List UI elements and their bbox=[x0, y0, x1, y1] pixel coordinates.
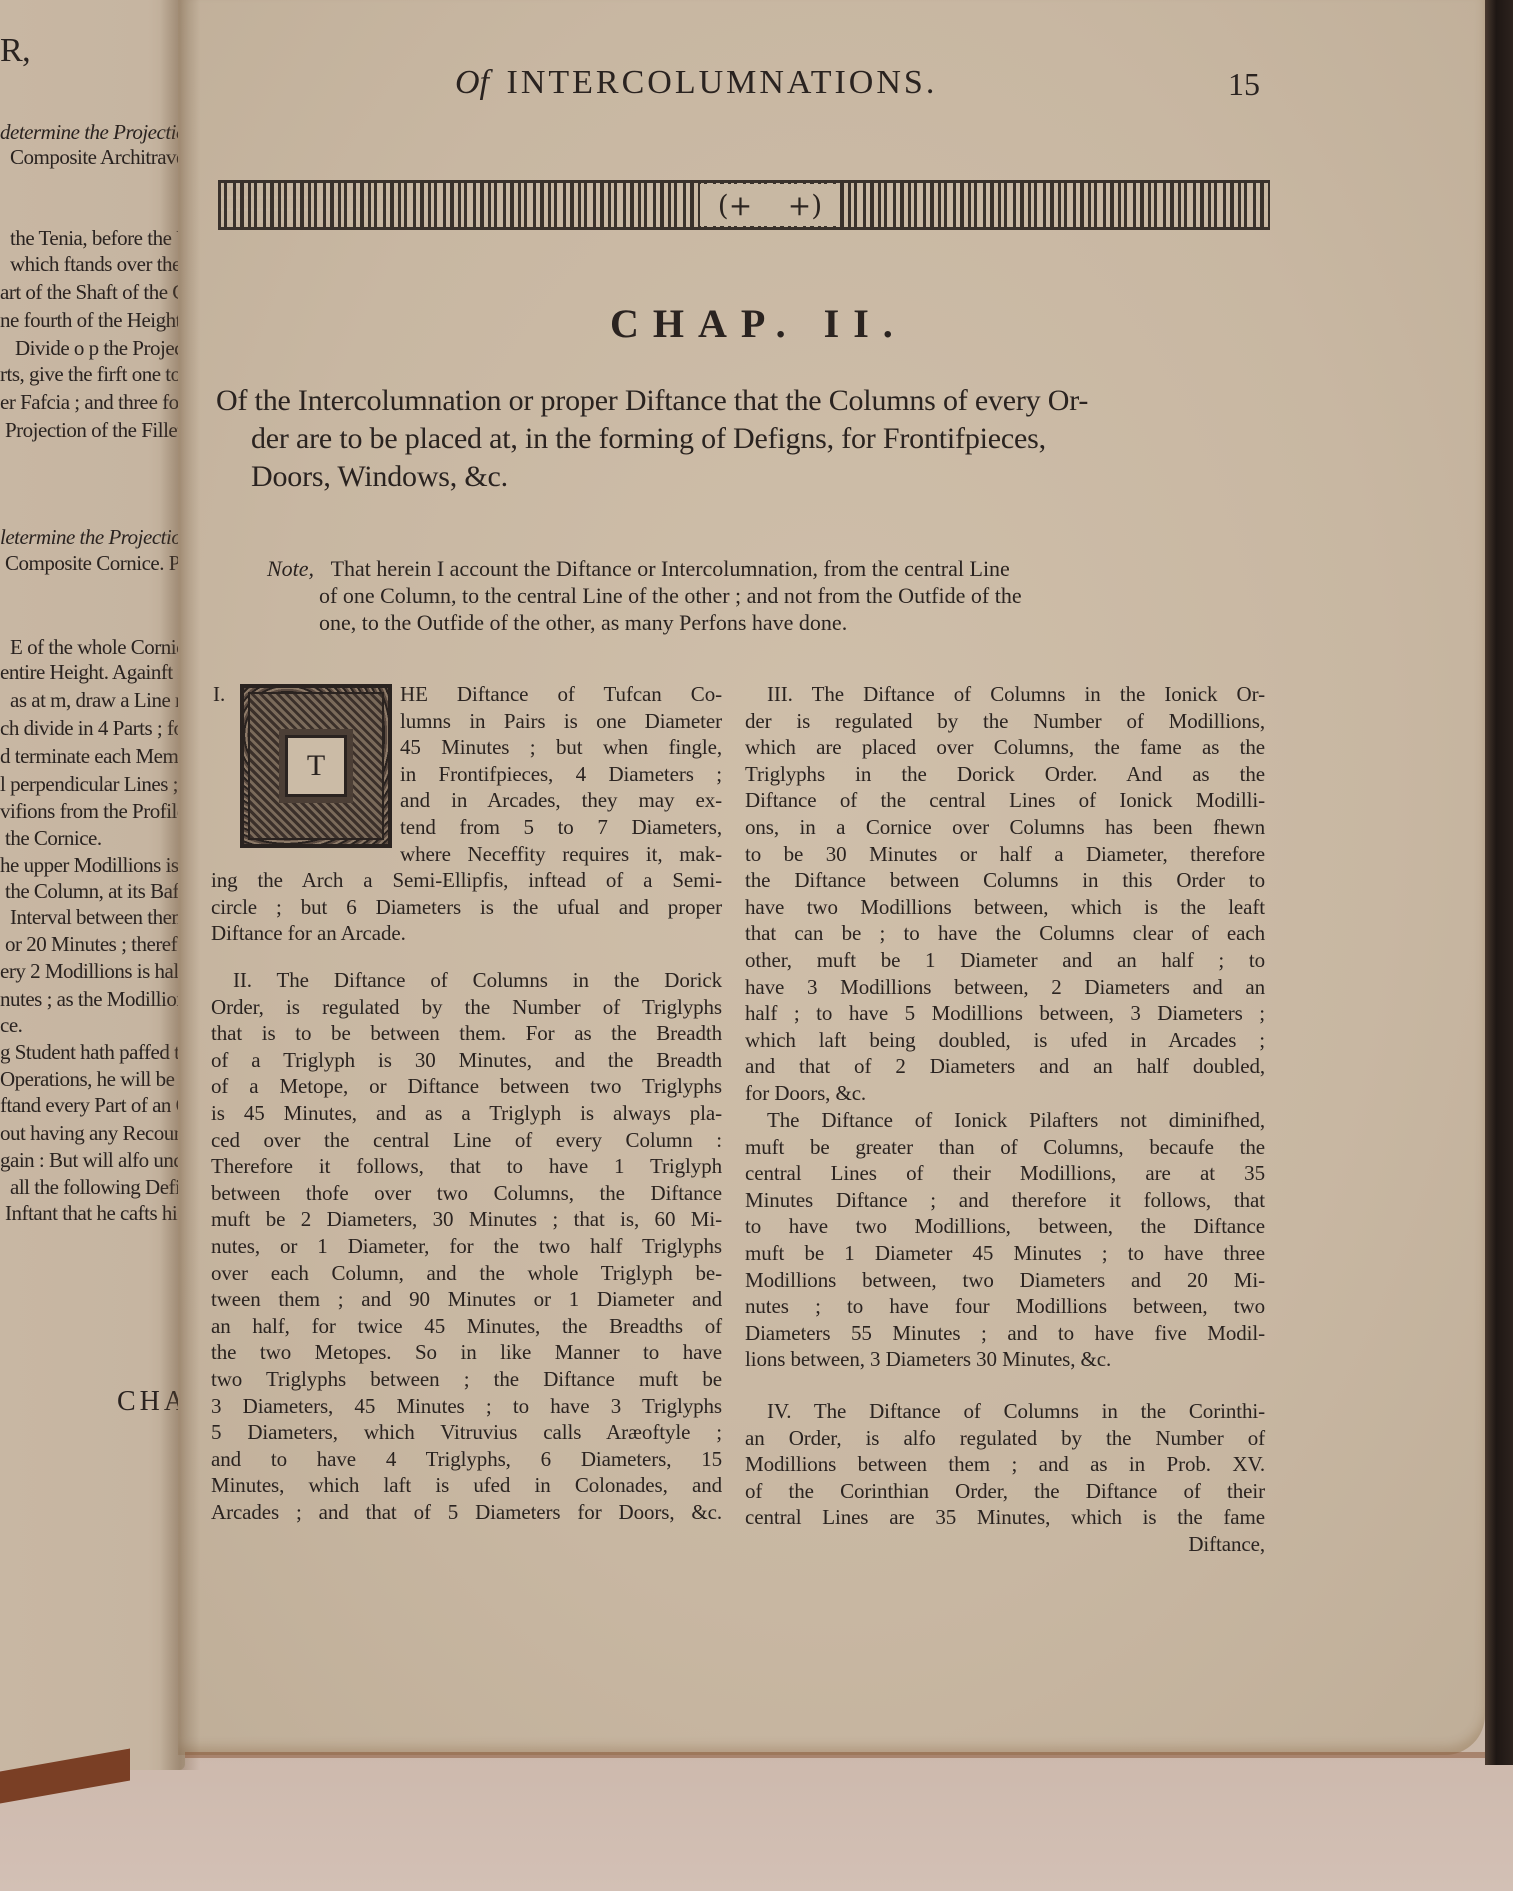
text-line: to be 30 Minutes or half a Diameter, the… bbox=[745, 841, 1265, 868]
note-line: That herein I account the Diftance or In… bbox=[331, 556, 1010, 581]
left-page-line: g Student hath paffed throu bbox=[0, 1042, 185, 1063]
text-line: an half, for twice 45 Minutes, the Bread… bbox=[211, 1313, 722, 1340]
text-line: Diameters 55 Minutes ; and to have five … bbox=[745, 1320, 1265, 1347]
left-page: R, CHAP determine the Projections ofComp… bbox=[0, 0, 185, 1770]
subtitle-line: Doors, Windows, &c. bbox=[216, 458, 1271, 496]
left-page-line: Interval between them be bbox=[10, 907, 185, 928]
text-line: an Order, is alfo regulated by the Numbe… bbox=[745, 1425, 1265, 1452]
text-line: III. The Diftance of Columns in the Ioni… bbox=[745, 681, 1265, 708]
running-head: Of INTERCOLUMNATIONS. bbox=[455, 64, 937, 102]
ornament-center: (+ +) bbox=[700, 184, 840, 226]
left-page-line: er Fafcia ; and three fourths bbox=[0, 392, 185, 413]
text-line: The Diftance of Ionick Pilafters not dim… bbox=[745, 1107, 1265, 1134]
left-page-line: ne fourth of the Height of bbox=[0, 310, 185, 331]
left-page-line: which ftands over the Up bbox=[10, 254, 185, 275]
subtitle-line: Of the Intercolumnation or proper Diftan… bbox=[216, 382, 1271, 420]
text-line: of a Triglyph is 30 Minutes, and the Bre… bbox=[211, 1047, 722, 1074]
page-number: 15 bbox=[1228, 66, 1260, 103]
column-right-para-3: III. The Diftance of Columns in the Ioni… bbox=[745, 681, 1265, 1107]
text-line: have two Modillions between, which is th… bbox=[745, 894, 1265, 921]
left-page-line: l perpendicular Lines ; whi bbox=[0, 774, 185, 795]
left-page-line: the Column, at its Bafe or t bbox=[5, 881, 185, 902]
text-line: which are placed over Columns, the fame … bbox=[745, 734, 1265, 761]
left-running-head-fragment: R, bbox=[0, 34, 30, 68]
text-line: between thofe over two Columns, the Dift… bbox=[211, 1180, 722, 1207]
text-line: central Lines are 35 Minutes, which is t… bbox=[745, 1504, 1265, 1531]
left-page-line: the Tenia, before the Up bbox=[10, 228, 185, 249]
text-line: which laft being doubled, is ufed in Arc… bbox=[745, 1027, 1265, 1054]
text-line: ced over the central Line of every Colum… bbox=[211, 1127, 722, 1154]
text-line: in Frontifpieces, 4 Diameters ; bbox=[400, 761, 722, 788]
text-line: and in Arcades, they may ex- bbox=[400, 787, 722, 814]
left-page-line: Inftant that he cafts his Eye o bbox=[5, 1203, 185, 1224]
left-page-line: Composite Cornice. Pla bbox=[5, 553, 185, 574]
text-line: Therefore it follows, that to have 1 Tri… bbox=[211, 1153, 722, 1180]
column-left-para-1-wrap: HE Diftance of Tufcan Co-lumns in Pairs … bbox=[400, 681, 722, 867]
text-line: muft be greater than of Columns, becaufe… bbox=[745, 1134, 1265, 1161]
left-page-line: vifions from the Profile to th bbox=[0, 801, 185, 822]
text-line: 3 Diameters, 45 Minutes ; to have 3 Trig… bbox=[211, 1393, 722, 1420]
text-line: 5 Diameters, which Vitruvius calls Aræof… bbox=[211, 1419, 722, 1446]
text-line: Arcades ; and that of 5 Diameters for Do… bbox=[211, 1499, 722, 1526]
text-line: II. The Diftance of Columns in the Doric… bbox=[211, 967, 722, 994]
note-label: Note, bbox=[267, 556, 314, 581]
text-line: over each Column, and the whole Triglyph… bbox=[211, 1260, 722, 1287]
text-line: have 3 Modillions between, 2 Diameters a… bbox=[745, 974, 1265, 1001]
text-line: other, muft be 1 Diameter and an half ; … bbox=[745, 947, 1265, 974]
section-numeral-I: I. bbox=[213, 682, 225, 707]
text-line: the Diftance between Columns in this Ord… bbox=[745, 867, 1265, 894]
table-surface bbox=[0, 1755, 1513, 1891]
text-line: circle ; but 6 Diameters is the ufual an… bbox=[211, 894, 722, 921]
left-page-line: or 20 Minutes ; therefore th bbox=[5, 934, 185, 955]
left-page-line: art of the Shaft of the Co bbox=[0, 282, 185, 303]
text-line: and that of 2 Diameters and an half doub… bbox=[745, 1053, 1265, 1080]
ornament-glyph-right: +) bbox=[788, 189, 822, 222]
initial-border-ornament: T bbox=[248, 692, 384, 840]
text-line: Order, is regulated by the Number of Tri… bbox=[211, 994, 722, 1021]
column-right-para-5: IV. The Diftance of Columns in the Corin… bbox=[745, 1398, 1265, 1531]
text-line: muft be 2 Diameters, 30 Minutes ; that i… bbox=[211, 1206, 722, 1233]
running-head-prefix: Of bbox=[455, 64, 489, 101]
column-left-para-2: II. The Diftance of Columns in the Doric… bbox=[211, 967, 722, 1525]
text-line: nutes, or 1 Diameter, for the two half T… bbox=[211, 1233, 722, 1260]
chapter-subtitle: Of the Intercolumnation or proper Diftan… bbox=[216, 382, 1271, 496]
text-line: Modillions between, two Diameters and 20… bbox=[745, 1267, 1265, 1294]
text-line: nutes ; to have four Modillions between,… bbox=[745, 1293, 1265, 1320]
left-page-line: gain : But will alfo underftan bbox=[0, 1150, 185, 1171]
text-line: that is to be between them. For as the B… bbox=[211, 1020, 722, 1047]
text-line: der is regulated by the Number of Modill… bbox=[745, 708, 1265, 735]
left-page-line: entire Height. Againft m bbox=[0, 662, 185, 683]
left-page-line: as at m, draw a Line m bbox=[10, 690, 185, 711]
text-line: that can be ; to have the Columns clear … bbox=[745, 920, 1265, 947]
text-line: Modillions between them ; and as in Prob… bbox=[745, 1451, 1265, 1478]
text-line: where Neceffity requires it, mak- bbox=[400, 841, 722, 868]
text-line: two Triglyphs between ; the Diftance muf… bbox=[211, 1366, 722, 1393]
text-line: HE Diftance of Tufcan Co- bbox=[400, 681, 722, 708]
left-page-line: all the following Defigns i bbox=[10, 1177, 185, 1198]
text-line: tween them ; and 90 Minutes or 1 Diamete… bbox=[211, 1286, 722, 1313]
catchword-container: Diftance, bbox=[745, 1531, 1265, 1558]
text-line: ons, in a Cornice over Columns has been … bbox=[745, 814, 1265, 841]
text-line: Diftance for an Arcade. bbox=[211, 920, 722, 947]
chapter-title: CHAP. II. bbox=[610, 300, 907, 347]
text-line: of the Corinthian Order, the Diftance of… bbox=[745, 1478, 1265, 1505]
left-page-line: d terminate each Member, i bbox=[0, 746, 185, 767]
text-line: Minutes, which laft is ufed in Colonades… bbox=[211, 1472, 722, 1499]
text-line: central Lines of their Modillions, are a… bbox=[745, 1160, 1265, 1187]
column-right-para-4: The Diftance of Ionick Pilafters not dim… bbox=[745, 1107, 1265, 1373]
left-page-line: ch divide in 4 Parts ; fold bbox=[0, 718, 185, 739]
text-line: the two Metopes. So in like Manner to ha… bbox=[211, 1339, 722, 1366]
text-line: of a Metope, or Diftance between two Tri… bbox=[211, 1073, 722, 1100]
left-page-line: Composite Architrave P. bbox=[10, 147, 185, 168]
left-page-line: Projection of the Fillet over bbox=[5, 420, 185, 441]
catchword: Diftance, bbox=[745, 1531, 1265, 1558]
text-line: and to have 4 Triglyphs, 6 Diameters, 15 bbox=[211, 1446, 722, 1473]
left-page-line: he upper Modillions is one fif bbox=[0, 855, 185, 876]
left-page-line: determine the Projections of bbox=[0, 122, 185, 143]
book-gutter bbox=[160, 0, 200, 1770]
book-cover-edge bbox=[1485, 0, 1513, 1765]
left-page-line: ftand every Part of an Ord bbox=[0, 1095, 185, 1116]
subtitle-line: der are to be placed at, in the forming … bbox=[216, 420, 1271, 458]
text-line: ing the Arch a Semi-Ellipfis, inftead of… bbox=[211, 867, 722, 894]
column-left-para-1-full: ing the Arch a Semi-Ellipfis, inftead of… bbox=[211, 867, 722, 947]
text-line: for Doors, &c. bbox=[745, 1080, 1265, 1107]
note-paragraph: Note, That herein I account the Diftance… bbox=[267, 555, 1217, 636]
running-head-title: INTERCOLUMNATIONS. bbox=[507, 64, 938, 101]
left-page-line: ce. bbox=[0, 1015, 22, 1036]
left-page-line: nutes ; as the Modillions a bbox=[0, 989, 185, 1010]
note-line: one, to the Outfide of the other, as man… bbox=[267, 609, 1217, 636]
left-page-line: out having any Recourfe to th bbox=[0, 1123, 185, 1144]
text-line: is 45 Minutes, and as a Triglyph is alwa… bbox=[211, 1100, 722, 1127]
left-page-line: rts, give the firft one to the bbox=[0, 364, 185, 385]
text-line: Diftance of the central Lines of Ionick … bbox=[745, 787, 1265, 814]
text-line: 45 Minutes ; but when fingle, bbox=[400, 734, 722, 761]
text-line: lumns in Pairs is one Diameter bbox=[400, 708, 722, 735]
left-page-line: letermine the Projections of the bbox=[0, 527, 185, 548]
text-line: half ; to have 5 Modillions between, 3 D… bbox=[745, 1000, 1265, 1027]
left-page-line: E of the whole Cornice, i bbox=[10, 637, 185, 658]
ornament-glyph-left: (+ bbox=[718, 189, 752, 222]
text-line: IV. The Diftance of Columns in the Corin… bbox=[745, 1398, 1265, 1425]
page-bottom-edge bbox=[185, 1752, 1485, 1758]
text-line: muft be 1 Diameter 45 Minutes ; to have … bbox=[745, 1240, 1265, 1267]
left-page-line: ery 2 Modillions is half a Di bbox=[0, 961, 185, 982]
text-line: Triglyphs in the Dorick Order. And as th… bbox=[745, 761, 1265, 788]
note-line: of one Column, to the central Line of th… bbox=[267, 582, 1217, 609]
initial-letter: T bbox=[285, 735, 347, 797]
text-line: lions between, 3 Diameters 30 Minutes, &… bbox=[745, 1346, 1265, 1373]
left-page-line: the Cornice. bbox=[5, 828, 102, 849]
decorated-initial: T bbox=[240, 684, 392, 848]
text-line: to have two Modillions, between, the Dif… bbox=[745, 1213, 1265, 1240]
text-line: Minutes Diftance ; and therefore it foll… bbox=[745, 1187, 1265, 1214]
text-line: tend from 5 to 7 Diameters, bbox=[400, 814, 722, 841]
left-page-line: Operations, he will be enabl bbox=[0, 1069, 185, 1090]
